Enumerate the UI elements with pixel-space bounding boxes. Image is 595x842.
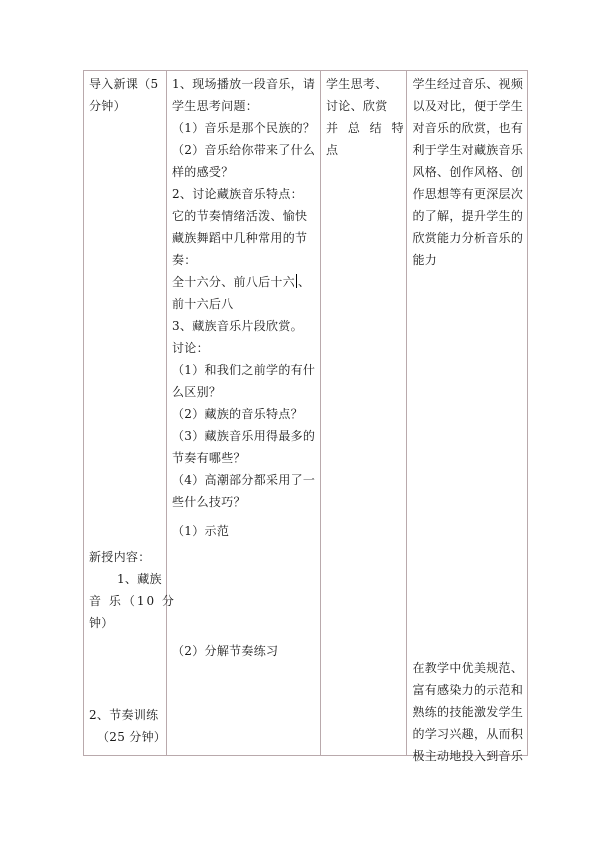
design-text: 欣赏能力分析音乐的 [412,227,527,249]
student-text: 学生思考、 [326,73,406,95]
teacher-text: 3、藏族音乐片段欣赏。 [172,315,320,337]
stage-text: 分钟） [89,95,166,117]
stage-text: 导入新课（5 [89,73,166,95]
design-text: 风格、创作风格、创 [412,161,527,183]
teacher-text: 1、现场播放一段音乐，请 [172,73,320,95]
teacher-text: 讨论： [172,337,320,359]
teacher-text: （1）音乐是那个民族的？ [172,117,320,139]
practice-block: （2）分解节奏练习 [172,640,278,662]
table-row: 导入新课（5 分钟） 新授内容： 1、藏族 音 乐（10 分 钟） 2、节奏训练… [84,71,528,756]
design-intent-2-block: 在教学中优美规范、 富有感染力的示范和 熟练的技能激发学生 的学习兴趣，从而积 … [412,657,523,767]
teacher-text: （1）和我们之前学的有什 [172,359,320,381]
teacher-text: 它的节奏情绪活泼、愉快 [172,205,320,227]
design-text: 作思想等有更深层次 [412,183,527,205]
design-intent-cell: 学生经过音乐、视频 以及对比，便于学生 对音乐的欣赏，也有 利于学生对藏族音乐 … [407,71,528,756]
student-text: 讨论、欣赏 [326,95,406,117]
document-page: 导入新课（5 分钟） 新授内容： 1、藏族 音 乐（10 分 钟） 2、节奏训练… [0,0,595,842]
design-text-2: 的学习兴趣，从而积 [412,723,523,745]
teacher-text: 奏： [172,249,320,271]
teacher-text: 藏族舞蹈中几种常用的节 [172,227,320,249]
new-content-item2: （25 分钟） [89,726,166,748]
lesson-plan-table: 导入新课（5 分钟） 新授内容： 1、藏族 音 乐（10 分 钟） 2、节奏训练… [83,70,528,756]
rhythm-text: 全十六分、前八后十六 [172,275,295,289]
new-content-block: 新授内容： 1、藏族 音 乐（10 分 钟） [89,546,176,634]
design-text: 学生经过音乐、视频 [412,73,527,95]
teacher-text: 学生思考问题： [172,95,320,117]
teacher-text: 节奏有哪些？ [172,447,320,469]
student-text: 点 [326,139,406,161]
practice-label: （2）分解节奏练习 [172,640,278,662]
demo-block: （1）示范 [172,520,229,542]
new-content-item1: 音 乐（10 分 [89,590,176,612]
design-text-2: 在教学中优美规范、 [412,657,523,679]
new-content-heading: 新授内容： [89,546,176,568]
teacher-text: 2、讨论藏族音乐特点： [172,183,320,205]
student-activity-cell: 学生思考、 讨论、欣赏 并 总 结 特 点 [321,71,407,756]
design-text: 对音乐的欣赏，也有 [412,117,527,139]
teacher-text: （2）藏族的音乐特点？ [172,403,320,425]
design-text: 能力 [412,249,527,271]
teacher-text: 么区别？ [172,381,320,403]
design-text-2: 熟练的技能激发学生 [412,701,523,723]
teacher-activity-cell: 1、现场播放一段音乐，请 学生思考问题： （1）音乐是那个民族的？ （2）音乐给… [167,71,321,756]
teacher-text: （3）藏族音乐用得最多的 [172,425,320,447]
design-text-2: 富有感染力的示范和 [412,679,523,701]
teacher-text: 前十六后八 [172,293,320,315]
stage-cell: 导入新课（5 分钟） 新授内容： 1、藏族 音 乐（10 分 钟） 2、节奏训练… [84,71,167,756]
demo-label: （1）示范 [172,520,229,542]
design-text: 以及对比，便于学生 [412,95,527,117]
design-text: 利于学生对藏族音乐 [412,139,527,161]
teacher-text: 些什么技巧？ [172,491,320,513]
rhythm-punct: 、 [298,275,310,289]
new-content-item2: 2、节奏训练 [89,704,166,726]
teacher-text: （4）高潮部分都采用了一 [172,469,320,491]
text-cursor [296,274,297,288]
design-text-2: 极主动地投入到音乐 [412,745,523,767]
new-content-item1: 钟） [89,612,176,634]
teacher-text-rhythm: 全十六分、前八后十六、 [172,271,320,293]
design-text: 的了解，提升学生的 [412,205,527,227]
teacher-text: （2）音乐给你带来了什么 [172,139,320,161]
new-content-item1: 1、藏族 [89,568,176,590]
new-content-item2-block: 2、节奏训练 （25 分钟） [89,704,166,748]
student-text: 并 总 结 特 [326,117,406,139]
teacher-text: 样的感受？ [172,161,320,183]
